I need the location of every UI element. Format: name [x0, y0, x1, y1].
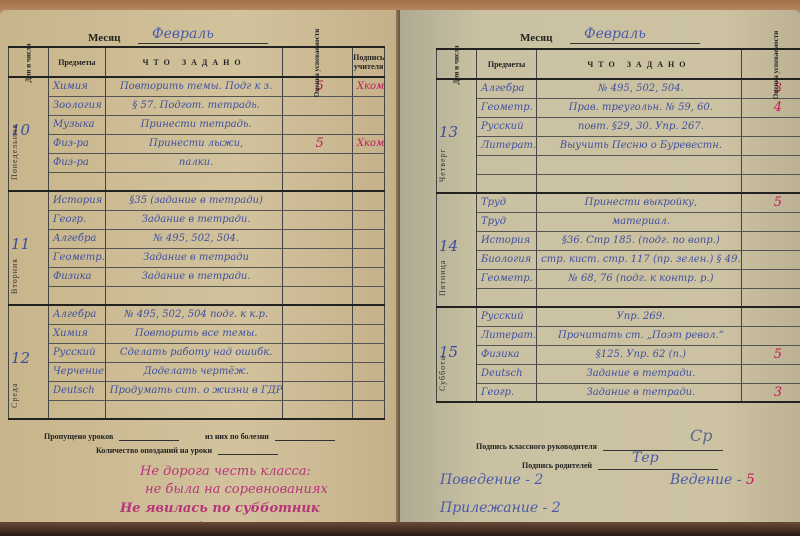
teacher-note-2: не была на соревнованиях [145, 482, 328, 497]
subject-cell: Химия [48, 77, 105, 96]
grade-cell [283, 267, 352, 286]
subject-cell: Русский [476, 117, 536, 136]
assignment-row: РусскийСделать работу над ошибк. [9, 343, 385, 362]
diligence-grade-note: Прилежание - 2 [440, 500, 561, 516]
assignment-row [437, 155, 800, 174]
subject-cell: Геометр. [48, 248, 105, 267]
day-cell: 12Среда [9, 305, 49, 419]
assignment-row: DeutschЗадание в тетради. [437, 364, 800, 383]
grade-cell [741, 212, 800, 231]
month-label: Месяц [520, 32, 552, 44]
diary-table: Дни и числа Предметы ЧТО ЗАДАНО Оценка у… [8, 46, 385, 420]
behavior-grade-note: Поведение - 2 [440, 472, 543, 488]
teacher-signature-cell [352, 286, 384, 305]
day-name: Суббота [438, 356, 447, 391]
assignment-row: 11ВторникИстория§35 (задание в тетради) [9, 191, 385, 210]
day-name: Среда [10, 383, 19, 408]
month-field: Месяц Февраль [520, 32, 552, 44]
assignment-row: История§36. Стр 185. (подг. по вопр.) [437, 231, 800, 250]
assignment-row: Литерат.Выучить Песню о Буревестн. [437, 136, 800, 155]
grade-cell: 5 [741, 193, 800, 212]
assignment-cell: Повторить все темы. [105, 324, 283, 343]
assignment-cell: §125. Упр. 62 (п.) [537, 345, 742, 364]
month-value: Февраль [570, 26, 700, 44]
subject-cell [48, 172, 105, 191]
assignment-cell: Упр. 269. [537, 307, 742, 326]
assignment-row: Геометр.№ 68, 76 (подг. к контр. р.) [437, 269, 800, 288]
day-cell: 11Вторник [9, 191, 49, 305]
grade-cell [283, 229, 352, 248]
diary-page-right: Месяц Февраль Дни и числа Предметы ЧТО З… [400, 10, 800, 528]
teacher-signature-cell [352, 305, 384, 324]
teacher-signature-cell [352, 343, 384, 362]
assignment-row: Геогр.Задание в тетради. [9, 210, 385, 229]
assignment-cell: Принести тетрадь. [105, 115, 283, 134]
assignment-cell: Принести лыжи, [105, 134, 283, 153]
subject-cell: Биология [476, 250, 536, 269]
subject-cell: Геогр. [476, 383, 536, 402]
assignment-cell: § 57. Подгот. тетрадь. [105, 96, 283, 115]
assignment-row: Геометр.Прав. треугольн. № 59, 60.4Хком [437, 98, 800, 117]
grade-cell [741, 231, 800, 250]
assignment-row [437, 174, 800, 193]
day-number: 12 [11, 349, 30, 367]
day-name: Понедельник [10, 124, 19, 180]
teacher-signature-field: Подпись классного руководителя [476, 442, 723, 451]
header-day: Дни и числа [437, 49, 477, 79]
teacher-signature-cell [352, 400, 384, 419]
assignment-cell: Прочитать ст. „Поэт револ.“ [537, 326, 742, 345]
header-assignment: ЧТО ЗАДАНО [537, 49, 742, 79]
assignment-cell: Задание в тетради. [537, 364, 742, 383]
day-number: 11 [11, 235, 30, 253]
grade-cell [283, 324, 352, 343]
assignment-cell: §35 (задание в тетради) [105, 191, 283, 210]
subject-cell: Русский [48, 343, 105, 362]
assignment-row [9, 172, 385, 191]
grade-cell [741, 364, 800, 383]
day-name: Вторник [10, 258, 19, 294]
assignment-cell [537, 174, 742, 193]
assignment-row: Физика§125. Упр. 62 (п.)5Хком [437, 345, 800, 364]
assignment-cell: Продумать сит. о жизни в ГДР [105, 381, 283, 400]
assignment-row [9, 286, 385, 305]
assignment-cell: стр. кист. стр. 117 (пр. зелен.) § 49. [537, 250, 742, 269]
subject-cell [48, 286, 105, 305]
assignment-cell: Прав. треугольн. № 59, 60. [537, 98, 742, 117]
subject-cell: Алгебра [48, 305, 105, 324]
teacher-signature-cell [352, 210, 384, 229]
teacher-signature: Ср [690, 426, 712, 445]
assignment-row: ЧерчениеДоделать чертёж. [9, 362, 385, 381]
teacher-note-1: Не дорога честь класса: [140, 464, 311, 479]
grade-cell [283, 210, 352, 229]
illness-field: из них по болезни [205, 432, 335, 441]
grade-cell [283, 381, 352, 400]
grade-cell [283, 286, 352, 305]
assignment-cell: Задание в тетради [105, 248, 283, 267]
subject-cell: Геометр. [476, 98, 536, 117]
assignment-row: Зоология§ 57. Подгот. тетрадь. [9, 96, 385, 115]
assignment-cell: № 495, 502, 504 подг. к к.р. [105, 305, 283, 324]
assignment-cell: материал. [537, 212, 742, 231]
grade-cell [741, 288, 800, 307]
assignment-row: Литерат.Прочитать ст. „Поэт револ.“ [437, 326, 800, 345]
assignment-cell: Задание в тетради. [105, 267, 283, 286]
subject-cell: Зоология [48, 96, 105, 115]
grade-cell [283, 305, 352, 324]
assignment-cell [537, 155, 742, 174]
teacher-signature-cell [352, 362, 384, 381]
day-cell: 15Суббота [437, 307, 477, 402]
teacher-signature-cell [352, 381, 384, 400]
grade-cell: 3 [741, 79, 800, 98]
teacher-signature-cell [352, 267, 384, 286]
missed-lessons-field: Пропущено уроков [44, 432, 179, 441]
assignment-cell: Принести выкройку, [537, 193, 742, 212]
grade-cell [283, 248, 352, 267]
assignment-cell [105, 172, 283, 191]
notebook-grade-note: Ведение - 5 [670, 472, 755, 488]
teacher-signature-cell [352, 248, 384, 267]
assignment-cell: № 495, 502, 504. [537, 79, 742, 98]
late-count-field: Количество опозданий на уроки [96, 446, 278, 455]
assignment-row: 10ПонедельникХимияПовторить темы. Подг к… [9, 77, 385, 96]
assignment-cell: §36. Стр 185. (подг. по вопр.) [537, 231, 742, 250]
header-grade: Оценка успеваемости [741, 49, 800, 79]
subject-cell: Литерат. [476, 326, 536, 345]
header-subjects: Предметы [48, 47, 105, 77]
assignment-row: Физ-рапалки. [9, 153, 385, 172]
assignment-cell: палки. [105, 153, 283, 172]
subject-cell: Геометр. [476, 269, 536, 288]
grade-cell [283, 172, 352, 191]
day-cell: 10Понедельник [9, 77, 49, 191]
subject-cell [476, 155, 536, 174]
grade-cell: 3 [741, 383, 800, 402]
day-cell: 14Пятница [437, 193, 477, 307]
subject-cell [476, 174, 536, 193]
assignment-cell: Задание в тетради. [537, 383, 742, 402]
grade-cell [283, 362, 352, 381]
grade-cell [741, 136, 800, 155]
assignment-row: 13ЧетвергАлгебра№ 495, 502, 504.3 [437, 79, 800, 98]
assignment-row: DeutschПродумать сит. о жизни в ГДР [9, 381, 385, 400]
grade-cell [283, 153, 352, 172]
header-signature: Подпись учителя [352, 47, 384, 77]
subject-cell [48, 400, 105, 419]
assignment-row: 15СубботаРусскийУпр. 269. [437, 307, 800, 326]
teacher-signature-cell [352, 229, 384, 248]
assignment-row: 12СредаАлгебра№ 495, 502, 504 подг. к к.… [9, 305, 385, 324]
assignment-row: ФизикаЗадание в тетради. [9, 267, 385, 286]
assignment-cell [105, 400, 283, 419]
grade-cell: 5 [741, 345, 800, 364]
grade-cell [741, 307, 800, 326]
header-assignment: ЧТО ЗАДАНО [105, 47, 283, 77]
subject-cell: Геогр. [48, 210, 105, 229]
teacher-signature-cell [352, 115, 384, 134]
grade-cell [283, 191, 352, 210]
assignment-cell: Повторить темы. Подг к з. [105, 77, 283, 96]
subject-cell: Алгебра [48, 229, 105, 248]
assignment-row: Русскийповт. §29, 30. Упр. 267. [437, 117, 800, 136]
grade-cell [741, 326, 800, 345]
subject-cell: История [48, 191, 105, 210]
assignment-row: ХимияПовторить все темы. [9, 324, 385, 343]
teacher-signature-cell [352, 172, 384, 191]
subject-cell: Черчение [48, 362, 105, 381]
teacher-signature-cell [352, 96, 384, 115]
assignment-cell: повт. §29, 30. Упр. 267. [537, 117, 742, 136]
subject-cell: Химия [48, 324, 105, 343]
day-cell: 13Четверг [437, 79, 477, 193]
subject-cell: Литерат. [476, 136, 536, 155]
subject-cell: Труд [476, 212, 536, 231]
subject-cell: Русский [476, 307, 536, 326]
grade-cell [741, 250, 800, 269]
assignment-cell: Доделать чертёж. [105, 362, 283, 381]
assignment-cell: № 495, 502, 504. [105, 229, 283, 248]
month-value: Февраль [138, 26, 268, 44]
teacher-signature-cell: Хком [352, 77, 384, 96]
assignment-row: Физ-раПринести лыжи,5Хком [9, 134, 385, 153]
subject-cell: Физика [48, 267, 105, 286]
subject-cell: Deutsch [476, 364, 536, 383]
grade-cell [283, 343, 352, 362]
assignment-row: Биологиястр. кист. стр. 117 (пр. зелен.)… [437, 250, 800, 269]
assignment-row [9, 400, 385, 419]
desk-edge [0, 522, 800, 536]
grade-cell [741, 174, 800, 193]
grade-cell [283, 400, 352, 419]
subject-cell: Музыка [48, 115, 105, 134]
teacher-note-3: Не явилась по субботник [120, 501, 320, 516]
assignment-row [437, 288, 800, 307]
diary-page-left: Месяц Февраль Дни и числа Предметы ЧТО З… [0, 10, 400, 528]
parent-signature: Тер [632, 450, 659, 466]
assignment-cell [537, 288, 742, 307]
header-day: Дни и числа [9, 47, 49, 77]
assignment-cell [105, 286, 283, 305]
subject-cell: История [476, 231, 536, 250]
diary-table: Дни и числа Предметы ЧТО ЗАДАНО Оценка у… [436, 48, 800, 403]
assignment-cell: Сделать работу над ошибк. [105, 343, 283, 362]
grade-cell [741, 117, 800, 136]
assignment-row: Алгебра№ 495, 502, 504. [9, 229, 385, 248]
assignment-row: Геогр.Задание в тетради.3Хком [437, 383, 800, 402]
teacher-signature-cell [352, 153, 384, 172]
assignment-row: 14ПятницаТрудПринести выкройку,5Хком [437, 193, 800, 212]
grade-cell [741, 155, 800, 174]
subject-cell: Deutsch [48, 381, 105, 400]
month-field: Месяц Февраль [88, 32, 120, 44]
grade-cell: 5 [283, 134, 352, 153]
day-number: 13 [439, 123, 458, 141]
teacher-signature-cell [352, 191, 384, 210]
assignment-row: МузыкаПринести тетрадь. [9, 115, 385, 134]
teacher-signature-cell [352, 324, 384, 343]
month-label: Месяц [88, 32, 120, 44]
header-grade: Оценка успеваемости [283, 47, 352, 77]
subject-cell: Физика [476, 345, 536, 364]
parent-signature-field: Подпись родителей [522, 461, 718, 470]
teacher-signature-cell: Хком [352, 134, 384, 153]
assignment-row: Геометр.Задание в тетради [9, 248, 385, 267]
subject-cell: Физ-ра [48, 153, 105, 172]
grade-cell [741, 269, 800, 288]
assignment-cell: № 68, 76 (подг. к контр. р.) [537, 269, 742, 288]
assignment-cell: Задание в тетради. [105, 210, 283, 229]
grade-cell: 4 [741, 98, 800, 117]
grade-cell [283, 115, 352, 134]
grade-cell [283, 96, 352, 115]
subject-cell: Труд [476, 193, 536, 212]
subject-cell: Физ-ра [48, 134, 105, 153]
subject-cell: Алгебра [476, 79, 536, 98]
assignment-cell: Выучить Песню о Буревестн. [537, 136, 742, 155]
subject-cell [476, 288, 536, 307]
assignment-row: Трудматериал. [437, 212, 800, 231]
header-subjects: Предметы [476, 49, 536, 79]
day-name: Четверг [438, 148, 447, 182]
day-number: 14 [439, 237, 458, 255]
day-name: Пятница [438, 260, 447, 296]
